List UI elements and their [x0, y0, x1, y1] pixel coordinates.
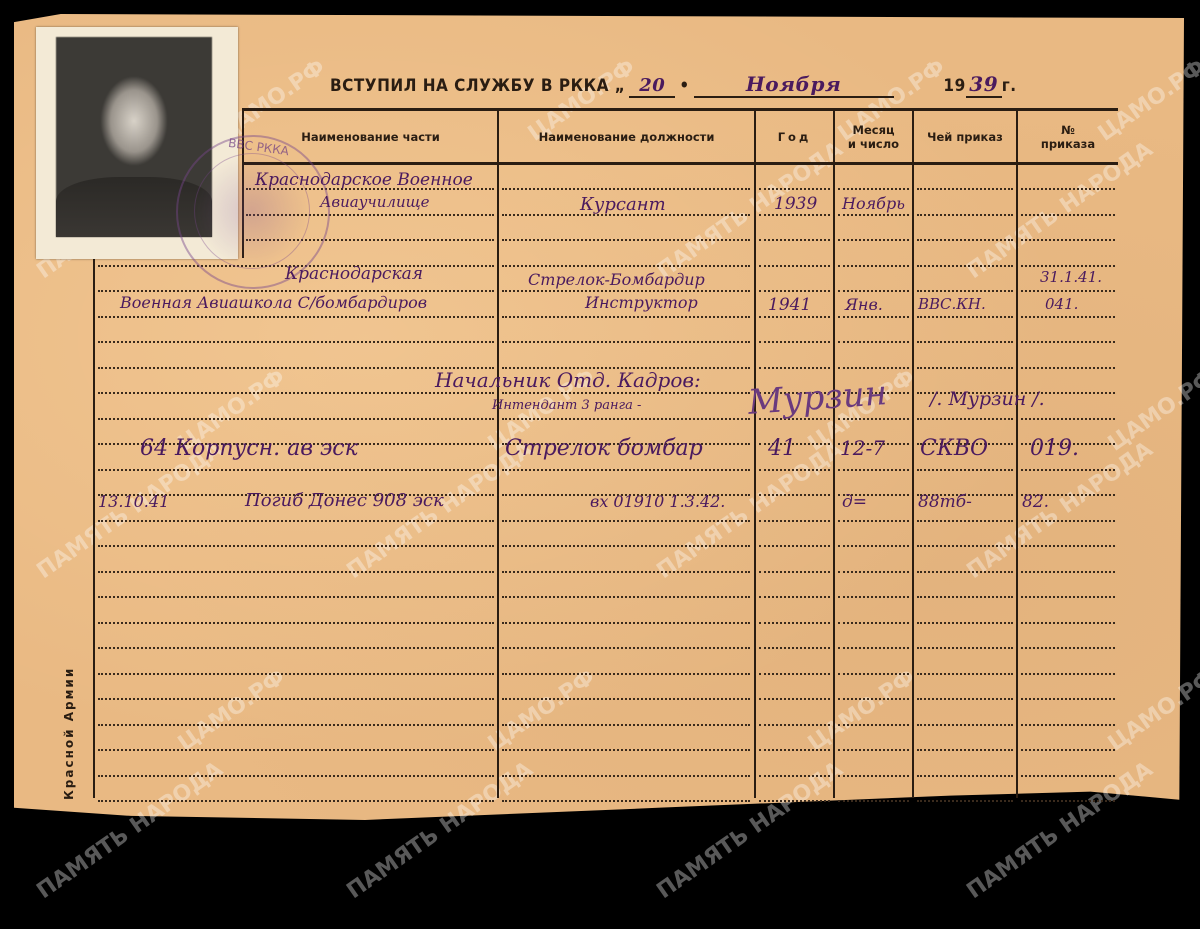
ruled-line: [917, 698, 1013, 700]
signature-title-line2: Интендант 3 ранга -: [492, 398, 641, 413]
entry-4-order-by: 88тб-: [918, 492, 972, 512]
ruled-line: [917, 622, 1013, 624]
entry-2-unit-line2: Военная Авиашкола С/бомбардиров: [120, 293, 427, 312]
ruled-line: [759, 571, 830, 573]
enlistment-year: 39: [966, 72, 1002, 98]
entry-2-position-line1: Стрелок-Бомбардир: [528, 270, 705, 289]
ruled-line: [759, 800, 830, 802]
ruled-line: [917, 290, 1013, 292]
ruled-line: [98, 341, 494, 343]
ruled-line: [759, 316, 830, 318]
ruled-line: [838, 545, 909, 547]
ruled-line: [98, 622, 494, 624]
year-unit: г.: [1002, 76, 1017, 96]
ruled-line: [838, 673, 909, 675]
ruled-line: [917, 418, 1013, 420]
ruled-line: [759, 290, 830, 292]
ruled-line: [917, 647, 1013, 649]
ruled-line: [1021, 571, 1115, 573]
ruled-line: [98, 647, 494, 649]
column-header-year: Год: [756, 112, 833, 162]
ruled-line: [502, 647, 750, 649]
ruled-line: [1021, 749, 1115, 751]
ruled-line: [759, 214, 830, 216]
ruled-line: [502, 520, 750, 522]
ruled-line: [98, 673, 494, 675]
ruled-line: [917, 520, 1013, 522]
ruled-line: [1021, 724, 1115, 726]
column-divider: [833, 108, 835, 798]
ruled-line: [502, 188, 750, 190]
entry-3-position: Стрелок бомбар: [505, 436, 703, 461]
ruled-line: [917, 724, 1013, 726]
ruled-line: [759, 724, 830, 726]
ruled-line: [502, 418, 750, 420]
ruled-line: [838, 800, 909, 802]
ruled-line: [917, 214, 1013, 216]
entry-1-unit-line2: Авиаучилище: [320, 193, 430, 211]
ruled-line: [1021, 214, 1115, 216]
entry-4-date: 13.10.41: [98, 492, 169, 511]
enlistment-month: Ноября: [694, 72, 894, 98]
ruled-line: [917, 545, 1013, 547]
ruled-line: [1021, 800, 1115, 802]
ruled-line: [98, 800, 494, 802]
table-left-border: [93, 258, 95, 798]
ruled-line: [1021, 290, 1115, 292]
ruled-line: [838, 239, 909, 241]
ruled-line: [1021, 647, 1115, 649]
ruled-line: [838, 188, 909, 190]
entry-3-year: 41: [768, 436, 796, 461]
entry-1-unit-line1: Краснодарское Военное: [255, 170, 473, 190]
column-header-order-number: № приказа: [1018, 112, 1118, 162]
ruled-line: [1021, 239, 1115, 241]
ruled-line: [838, 749, 909, 751]
column-divider: [754, 108, 756, 798]
entry-2-unit-line1: Краснодарская: [285, 264, 423, 284]
entry-2-order-number: 041.: [1045, 295, 1078, 313]
ruled-line: [502, 749, 750, 751]
ruled-line: [759, 622, 830, 624]
ruled-line: [759, 188, 830, 190]
ruled-line: [98, 392, 494, 394]
entry-2-position-line2: Инструктор: [585, 293, 698, 312]
signature-title-line1: Начальник Отд. Кадров:: [435, 368, 701, 392]
ruled-line: [838, 367, 909, 369]
ruled-line: [98, 596, 494, 598]
ruled-line: [838, 520, 909, 522]
entry-3-order-number: 019.: [1030, 436, 1079, 461]
ruled-line: [502, 316, 750, 318]
ruled-line: [98, 469, 494, 471]
ruled-line: [98, 520, 494, 522]
ruled-line: [502, 622, 750, 624]
column-divider: [1016, 108, 1018, 798]
ruled-line: [759, 494, 830, 496]
entry-2-year: 1941: [768, 295, 811, 315]
ruled-line: [98, 290, 494, 292]
ruled-line: [838, 775, 909, 777]
entry-3-month-day: 12-7: [840, 436, 885, 460]
ruled-line: [502, 698, 750, 700]
entry-4-reference: вх 01910 1.3.42.: [590, 492, 725, 511]
ruled-line: [1021, 469, 1115, 471]
entry-2-month-day: Янв.: [845, 295, 883, 314]
ruled-line: [759, 265, 830, 267]
entry-4-note: Погиб Донес 908 эск: [245, 490, 444, 511]
heading-label: ВСТУПИЛ НА СЛУЖБУ В РККА: [330, 76, 609, 96]
ruled-line: [838, 316, 909, 318]
column-header-month-day: Месяц и число: [835, 112, 912, 162]
ruled-line: [98, 571, 494, 573]
entry-3-unit: 64 Корпусн. ав эск: [140, 436, 358, 461]
entry-1-month-day: Ноябрь: [842, 194, 905, 213]
ruled-line: [98, 316, 494, 318]
enlistment-day: 20: [629, 75, 675, 98]
ruled-line: [917, 469, 1013, 471]
ruled-line: [1021, 367, 1115, 369]
ruled-line: [917, 316, 1013, 318]
ruled-line: [1021, 265, 1115, 267]
ruled-line: [759, 520, 830, 522]
ruled-line: [838, 469, 909, 471]
ruled-line: [838, 341, 909, 343]
ruled-line: [759, 749, 830, 751]
ruled-line: [502, 265, 750, 267]
ruled-line: [759, 647, 830, 649]
side-label: Красной Армии: [62, 667, 76, 800]
ruled-line: [502, 673, 750, 675]
ruled-line: [502, 239, 750, 241]
ruled-line: [1021, 698, 1115, 700]
ruled-line: [502, 800, 750, 802]
ruled-line: [759, 341, 830, 343]
ruled-line: [98, 724, 494, 726]
ruled-line: [838, 571, 909, 573]
ruled-line: [98, 775, 494, 777]
ruled-line: [838, 265, 909, 267]
ruled-line: [838, 698, 909, 700]
ruled-line: [838, 622, 909, 624]
entry-1-year: 1939: [774, 194, 817, 214]
ruled-line: [759, 698, 830, 700]
ruled-line: [917, 265, 1013, 267]
signature-name: /. Мурзин /.: [930, 388, 1045, 410]
column-divider: [912, 108, 914, 798]
ruled-line: [838, 214, 909, 216]
ruled-line: [1021, 673, 1115, 675]
ruled-line: [1021, 622, 1115, 624]
ruled-line: [759, 469, 830, 471]
column-header-order-by: Чей приказ: [914, 112, 1016, 162]
ruled-line: [838, 724, 909, 726]
ruled-line: [917, 571, 1013, 573]
header-bottom-border: [242, 162, 1118, 165]
ruled-line: [502, 392, 750, 394]
entry-4-mark: д=: [842, 492, 867, 512]
ruled-line: [838, 418, 909, 420]
ruled-line: [502, 290, 750, 292]
table-top-border: [242, 108, 1118, 111]
enlistment-heading: ВСТУПИЛ НА СЛУЖБУ В РККА „20•Ноября 1939…: [330, 72, 1017, 98]
ruled-line: [502, 571, 750, 573]
ruled-line: [502, 341, 750, 343]
entry-1-position: Курсант: [580, 194, 666, 215]
ruled-line: [759, 775, 830, 777]
ruled-line: [759, 367, 830, 369]
ruled-line: [1021, 188, 1115, 190]
entry-3-order-by: СКВО: [920, 436, 988, 461]
ruled-line: [917, 775, 1013, 777]
ruled-line: [917, 596, 1013, 598]
ruled-line: [917, 367, 1013, 369]
ruled-line: [917, 188, 1013, 190]
ruled-line: [98, 418, 494, 420]
ruled-line: [1021, 341, 1115, 343]
ruled-line: [917, 239, 1013, 241]
ruled-line: [98, 545, 494, 547]
entry-4-order-number: 82.: [1022, 492, 1049, 512]
ruled-line: [917, 673, 1013, 675]
entry-2-order-by: ВВС.КН.: [918, 295, 986, 313]
ruled-line: [838, 596, 909, 598]
ruled-line: [1021, 418, 1115, 420]
ruled-line: [838, 647, 909, 649]
ruled-line: [838, 290, 909, 292]
ruled-line: [502, 775, 750, 777]
ruled-line: [1021, 316, 1115, 318]
ruled-line: [502, 596, 750, 598]
ruled-line: [759, 545, 830, 547]
ruled-line: [502, 724, 750, 726]
column-header-position: Наименование должности: [499, 112, 754, 162]
ruled-line: [98, 749, 494, 751]
ruled-line: [1021, 596, 1115, 598]
ruled-line: [917, 341, 1013, 343]
ruled-line: [917, 749, 1013, 751]
ruled-line: [98, 698, 494, 700]
entry-2-order-date: 31.1.41.: [1040, 268, 1102, 286]
column-divider: [497, 108, 499, 798]
ruled-line: [1021, 775, 1115, 777]
ruled-line: [502, 469, 750, 471]
year-prefix: 19: [943, 76, 965, 96]
ruled-line: [917, 800, 1013, 802]
ruled-line: [1021, 520, 1115, 522]
ruled-line: [759, 239, 830, 241]
ruled-line: [759, 673, 830, 675]
ruled-line: [502, 545, 750, 547]
ruled-line: [1021, 545, 1115, 547]
ruled-line: [759, 596, 830, 598]
